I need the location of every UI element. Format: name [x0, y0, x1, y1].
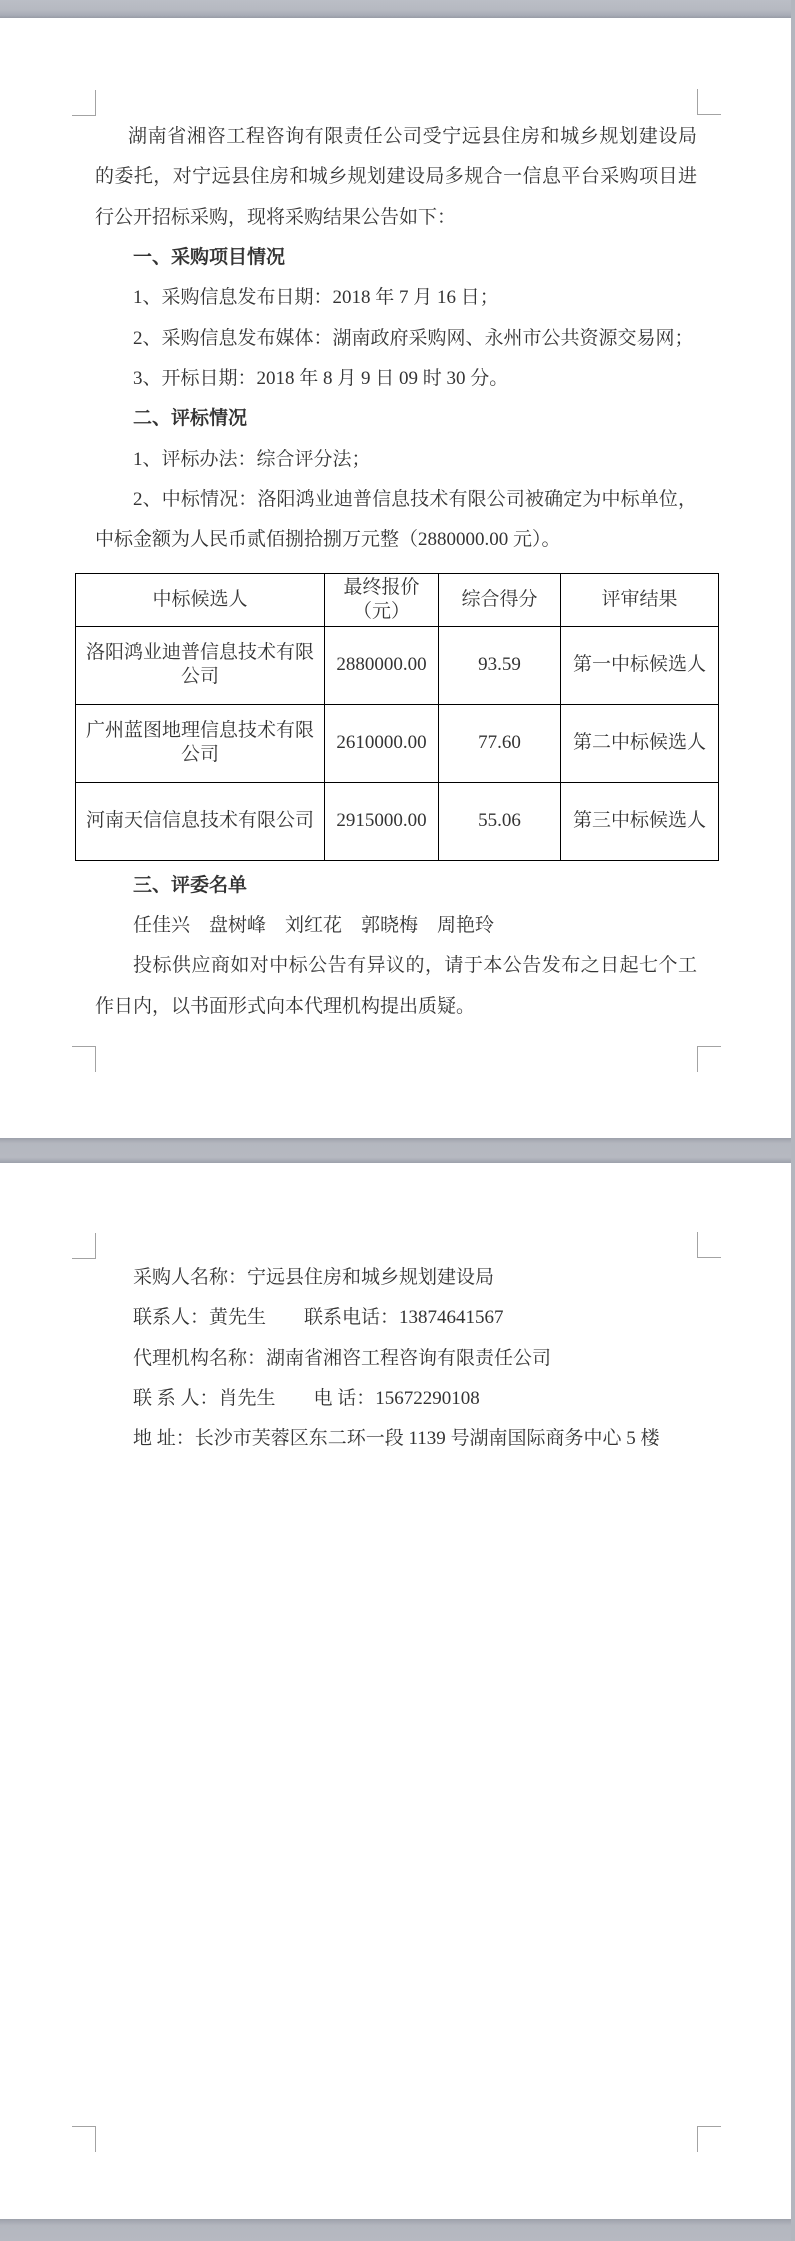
purchaser-contact-line: 联系人：黄先生 联系电话：13874641567 — [95, 1298, 697, 1338]
document-viewer: { "page1": { "intro": "湖南省湘咨工程咨询有限责任公司受宁… — [0, 0, 795, 2241]
award-result-item: 2、中标情况：洛阳鸿业迪普信息技术有限公司被确定为中标单位，中标金额为人民币贰佰… — [95, 480, 697, 561]
purchase-info-item-2: 2、采购信息发布媒体：湖南政府采购网、永州市公共资源交易网； — [95, 319, 697, 359]
table-cell-result: 第二中标候选人 — [561, 704, 719, 782]
page-2-content: 采购人名称：宁远县住房和城乡规划建设局 联系人：黄先生 联系电话：1387464… — [95, 1258, 697, 1460]
agency-address-line: 地 址：长沙市芙蓉区东二环一段 1139 号湖南国际商务中心 5 楼 — [95, 1419, 697, 1459]
table-cell-score: 93.59 — [439, 626, 561, 704]
table-cell-candidate: 洛阳鸿业迪普信息技术有限公司 — [76, 626, 325, 704]
table-header-candidate: 中标候选人 — [76, 573, 325, 626]
objection-notice: 投标供应商如对中标公告有异议的，请于本公告发布之日起七个工作日内，以书面形式向本… — [95, 946, 697, 1027]
agency-contact-line: 联 系 人：肖先生 电 话：15672290108 — [95, 1379, 697, 1419]
margin-mark-p1-bottom-right — [697, 1046, 721, 1072]
table-cell-price: 2610000.00 — [325, 704, 439, 782]
intro-paragraph: 湖南省湘咨工程咨询有限责任公司受宁远县住房和城乡规划建设局的委托，对宁远县住房和… — [95, 117, 697, 238]
page-gap-top — [0, 0, 795, 18]
table-cell-score: 77.60 — [439, 704, 561, 782]
table-cell-score: 55.06 — [439, 782, 561, 860]
purchase-info-item-1: 1、采购信息发布日期：2018 年 7 月 16 日； — [95, 278, 697, 318]
viewer-right-edge — [791, 0, 795, 2241]
bid-candidates-table: 中标候选人 最终报价（元） 综合得分 评审结果 洛阳鸿业迪普信息技术有限公司 2… — [75, 573, 719, 861]
committee-names: 任佳兴 盘树峰 刘红花 郭晓梅 周艳玲 — [95, 906, 697, 946]
margin-mark-p1-top-right — [697, 89, 721, 115]
margin-mark-p2-bottom-left — [72, 2126, 96, 2152]
table-header-score: 综合得分 — [439, 573, 561, 626]
page-gap-bottom — [0, 2219, 795, 2241]
page-1-content: 湖南省湘咨工程咨询有限责任公司受宁远县住房和城乡规划建设局的委托，对宁远县住房和… — [95, 117, 697, 1027]
purchaser-name-line: 采购人名称：宁远县住房和城乡规划建设局 — [95, 1258, 697, 1298]
table-header-row: 中标候选人 最终报价（元） 综合得分 评审结果 — [76, 573, 719, 626]
margin-mark-p2-top-right — [697, 1232, 721, 1258]
section-3-heading: 三、评委名单 — [95, 866, 697, 906]
margin-mark-p1-top-left — [72, 90, 96, 116]
purchase-info-item-3: 3、开标日期：2018 年 8 月 9 日 09 时 30 分。 — [95, 359, 697, 399]
table-header-final-price: 最终报价（元） — [325, 573, 439, 626]
table-cell-candidate: 广州蓝图地理信息技术有限公司 — [76, 704, 325, 782]
section-2-heading: 二、评标情况 — [95, 399, 697, 439]
table-cell-candidate: 河南天信信息技术有限公司 — [76, 782, 325, 860]
margin-mark-p2-top-left — [72, 1233, 96, 1259]
section-1-heading: 一、采购项目情况 — [95, 238, 697, 278]
evaluation-method-item: 1、评标办法：综合评分法； — [95, 440, 697, 480]
agency-name-line: 代理机构名称：湖南省湘咨工程咨询有限责任公司 — [95, 1339, 697, 1379]
page-gap-middle — [0, 1138, 795, 1163]
table-cell-result: 第三中标候选人 — [561, 782, 719, 860]
table-cell-price: 2915000.00 — [325, 782, 439, 860]
table-header-result: 评审结果 — [561, 573, 719, 626]
margin-mark-p1-bottom-left — [72, 1046, 96, 1072]
table-cell-price: 2880000.00 — [325, 626, 439, 704]
table-cell-result: 第一中标候选人 — [561, 626, 719, 704]
margin-mark-p2-bottom-right — [697, 2126, 721, 2152]
table-row: 洛阳鸿业迪普信息技术有限公司 2880000.00 93.59 第一中标候选人 — [76, 626, 719, 704]
table-row: 广州蓝图地理信息技术有限公司 2610000.00 77.60 第二中标候选人 — [76, 704, 719, 782]
table-row: 河南天信信息技术有限公司 2915000.00 55.06 第三中标候选人 — [76, 782, 719, 860]
